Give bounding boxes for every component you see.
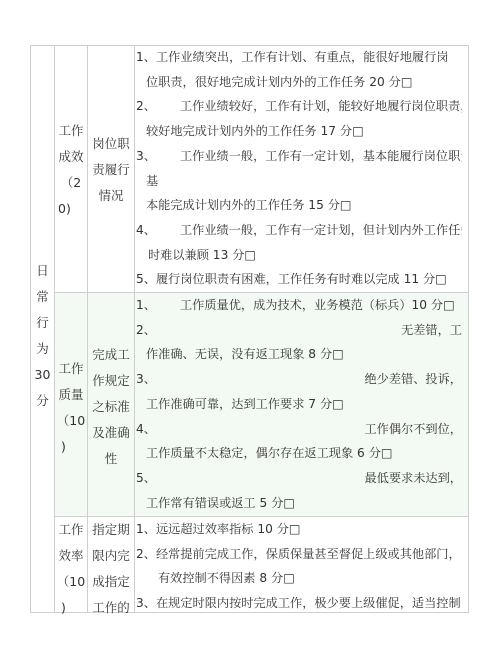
list-number: 2、 — [136, 318, 156, 343]
text-line: 位职责，很好地完成计划内外的工作任务 20 分□ — [136, 70, 462, 95]
item-cell-efficiency: 工作 效率 （10 ) — [55, 517, 87, 621]
text-line: 无差错，工 — [401, 318, 462, 343]
category-char: 30 — [31, 362, 54, 388]
category-char: 行 — [31, 310, 54, 336]
category-char: 常 — [31, 284, 54, 310]
item-text: 质量 — [55, 382, 87, 408]
list-number: 3、 — [136, 149, 156, 163]
item-text: 工作 — [55, 118, 87, 144]
criterion-text: 作规定 — [88, 368, 134, 394]
text-line: 基 — [136, 169, 462, 194]
list-number: 3、 — [136, 367, 156, 392]
category-char: 分 — [31, 388, 54, 414]
text-line: 工作准确可靠，达到工作要求 7 分□ — [136, 392, 462, 417]
text-line: 工作质量不太稳定，偶尔存在返工现象 6 分□ — [136, 441, 462, 466]
list-number: 4、 — [136, 417, 156, 442]
text-line: 工作常有错误或返工 5 分□ — [136, 491, 462, 516]
criterion-cell-standard: 完成工 作规定 之标准 及准确 性 — [88, 342, 134, 472]
criterion-text: 之标准 — [88, 394, 134, 420]
text-line: 3、在规定时限内按时完成工作，极少要上级催促，适当控制 — [136, 591, 462, 616]
text-line: 工作业绩较好，工作有计划，能较好地履行岗位职责， — [156, 99, 462, 113]
criterion-text: 成指定 — [88, 569, 134, 595]
criterion-text: 工作的 — [88, 595, 134, 621]
item-text: 效率 — [55, 543, 87, 569]
item-cell-quality: 工作 质量 （10 ) — [55, 356, 87, 460]
criterion-text: 指定期 — [88, 517, 134, 543]
criterion-text: 岗位职 — [88, 131, 134, 157]
criterion-cell-deadline: 指定期 限内完 成指定 工作的 — [88, 517, 134, 621]
score-description-performance: 1、工作业绩突出，工作有计划、有重点，能很好地履行岗 位职责，很好地完成计划内外… — [136, 45, 462, 292]
list-number: 2、 — [136, 99, 156, 113]
text-line: 工作质量优，成为技术，业务模范（标兵）10 分□ — [156, 298, 455, 312]
item-text: 工作 — [55, 517, 87, 543]
item-text: 工作 — [55, 356, 87, 382]
text-line: 绝少差错、投诉， — [365, 367, 463, 392]
item-text: ) — [55, 595, 87, 621]
criterion-text: 完成工 — [88, 342, 134, 368]
text-line: 最低要求未达到， — [365, 466, 463, 491]
text-line: 工作业绩一般，工作有一定计划，基本能履行岗位职责， — [156, 149, 462, 163]
text-line: 1、工作业绩突出，工作有计划、有重点，能很好地履行岗 — [136, 45, 462, 70]
text-line: 本能完成计划内外的工作任务 15 分□ — [136, 193, 462, 218]
item-text: 成效 — [55, 144, 87, 170]
text-line: 有效控制不得因素 8 分□ — [136, 566, 462, 591]
item-text: ) — [55, 434, 87, 460]
item-text: 0) — [55, 196, 87, 222]
text-line: 工作偶尔不到位， — [365, 417, 463, 442]
text-line: 5、履行岗位职责有困难，工作任务有时难以完成 11 分□ — [136, 267, 462, 292]
column-divider — [134, 46, 135, 612]
text-line: 工作业绩一般，工作有一定计划，但计划内外工作任务有 — [156, 223, 462, 237]
category-char: 日 — [31, 258, 54, 284]
item-text: （10 — [55, 569, 87, 595]
text-line: 2、经常提前完成工作，保质保量甚至督促上级或其他部门， — [136, 542, 462, 567]
criterion-text: 责履行 — [88, 157, 134, 183]
list-number: 1、 — [136, 298, 156, 312]
text-line: 作准确、无误，没有返工现象 8 分□ — [136, 342, 462, 367]
list-number: 4、 — [136, 223, 156, 237]
evaluation-table: 日 常 行 为 30 分 工作 成效 （2 0) 岗位职 责履行 情况 1、工作… — [30, 45, 469, 613]
score-description-efficiency: 1、远远超过效率指标 10 分□ 2、经常提前完成工作，保质保量甚至督促上级或其… — [136, 517, 462, 616]
category-char: 为 — [31, 336, 54, 362]
criterion-text: 及准确 — [88, 420, 134, 446]
item-text: （2 — [55, 170, 87, 196]
criterion-text: 性 — [88, 446, 134, 472]
text-line: 1、远远超过效率指标 10 分□ — [136, 517, 462, 542]
score-description-quality: 1、工作质量优，成为技术，业务模范（标兵）10 分□ 2、无差错，工 作准确、无… — [136, 293, 462, 515]
criterion-text: 限内完 — [88, 543, 134, 569]
text-line: 较好地完成计划内外的工作任务 17 分□ — [136, 119, 462, 144]
criterion-cell-duties: 岗位职 责履行 情况 — [88, 131, 134, 209]
category-cell: 日 常 行 为 30 分 — [31, 258, 54, 414]
item-cell-performance: 工作 成效 （2 0) — [55, 118, 87, 222]
item-text: （10 — [55, 408, 87, 434]
text-line: 时难以兼顾 13 分□ — [136, 243, 462, 268]
criterion-text: 情况 — [88, 183, 134, 209]
list-number: 5、 — [136, 466, 156, 491]
